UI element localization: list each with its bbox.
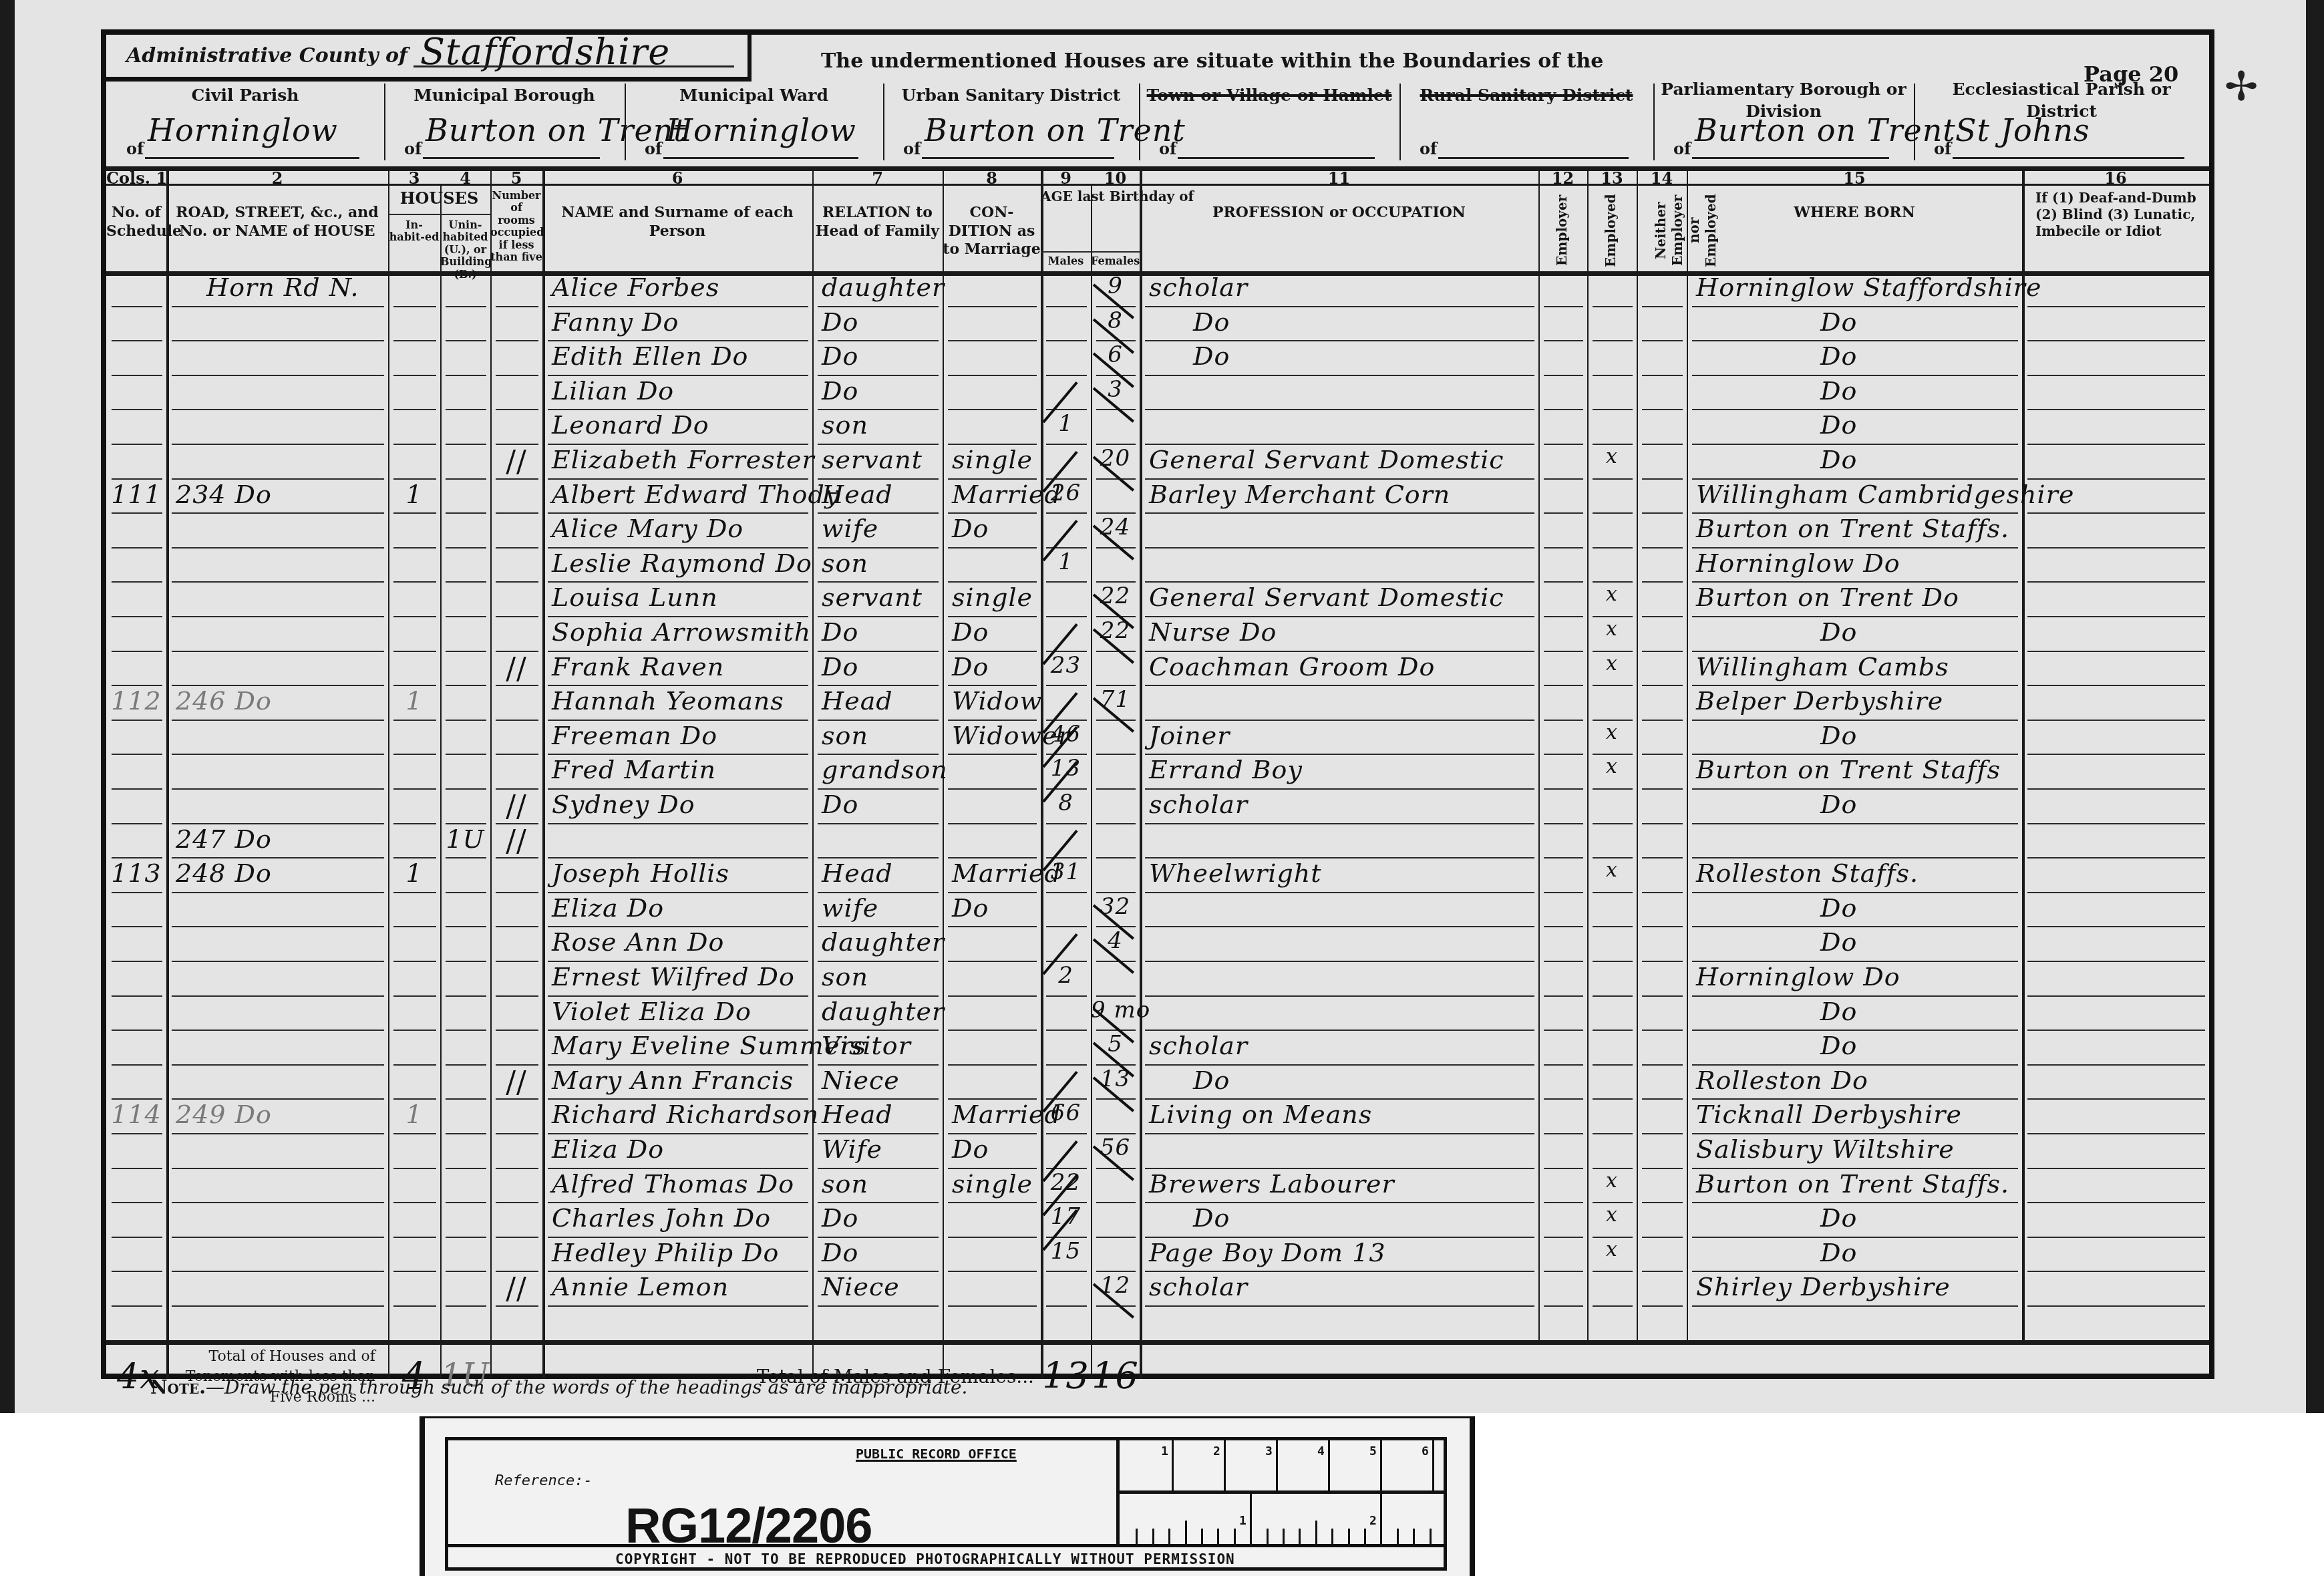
cell-female-age: 71 (1091, 686, 1140, 713)
cell-address: 247 Do (176, 824, 272, 854)
cell-employed: x (1587, 755, 1637, 778)
cell-name: Louisa Lunn (552, 583, 718, 612)
cell-name: Frank Raven (552, 652, 724, 681)
cell-born: Ticknall Derbyshire (1696, 1100, 1962, 1129)
cell-rooms: // (490, 1272, 542, 1306)
cell-schedule: 112 (106, 686, 166, 716)
cell-female-age: 9 (1091, 273, 1140, 299)
cell-condition: Do (952, 1134, 989, 1164)
column-heading-10: Females (1091, 255, 1140, 267)
cell-name: Alice Mary Do (552, 514, 743, 543)
cell-name: Edith Ellen Do (552, 341, 748, 371)
column-heading-11: PROFESSION or OCCUPATION (1140, 204, 1538, 222)
cell-relation: Do (822, 652, 858, 681)
total-females: 16 (1091, 1355, 1140, 1397)
cell-relation: Niece (822, 1066, 900, 1095)
cell-name: Rose Ann Do (552, 927, 724, 957)
column-number-9: 9 (1041, 168, 1091, 188)
cell-female-age: 56 (1091, 1134, 1140, 1161)
cell-address: 248 Do (176, 858, 272, 888)
cell-relation: Head (822, 686, 893, 716)
table-row: Eliza DoWifeDo56Salisbury Wiltshire (106, 1133, 2209, 1168)
cell-relation: Wife (822, 1134, 882, 1164)
copyright-notice: COPYRIGHT - NOT TO BE REPRODUCED PHOTOGR… (615, 1551, 1235, 1567)
table-row: Sophia ArrowsmithDoDo22Nurse DoxDo (106, 616, 2209, 651)
cell-name: Eliza Do (552, 1134, 664, 1164)
cell-born: Do (1820, 617, 1857, 647)
cell-born: Rolleston Do (1696, 1066, 1868, 1095)
cell-occupation: Page Boy Dom 13 (1149, 1238, 1386, 1267)
column-heading-2: ROAD, STREET, &c., and No. or NAME of HO… (166, 204, 388, 241)
table-row: Leslie Raymond Doson1Horninglow Do (106, 547, 2209, 582)
cell-occupation: Wheelwright (1149, 858, 1322, 888)
cell-relation: Do (822, 617, 858, 647)
cell-rooms: // (490, 824, 542, 858)
cell-female-age: 6 (1091, 341, 1140, 368)
field-value-0: Horninglow (148, 112, 338, 148)
ruler-cm-2: 2 (1213, 1444, 1220, 1458)
cell-born: Do (1820, 1031, 1857, 1060)
cell-inhabited: 1 (388, 686, 440, 716)
cell-occupation: Living on Means (1149, 1100, 1372, 1129)
cell-female-age: 24 (1091, 514, 1140, 540)
ruler-in-1: 1 (1239, 1514, 1247, 1528)
cell-condition: Do (952, 652, 989, 681)
cell-condition: Do (952, 514, 989, 543)
cell-female-age: 32 (1091, 893, 1140, 920)
reference-label: Reference:- (495, 1472, 593, 1489)
cell-born: Horninglow Do (1696, 962, 1900, 991)
cell-born: Do (1820, 1203, 1857, 1233)
cell-occupation: Barley Merchant Corn (1149, 480, 1450, 509)
cell-name: Hannah Yeomans (552, 686, 784, 716)
cell-born: Willingham Cambridgeshire (1696, 480, 2074, 509)
cell-occupation: scholar (1149, 273, 1248, 302)
note-text: —Draw the pen through such of the words … (206, 1376, 968, 1398)
table-row: Eliza DowifeDo32Do (106, 892, 2209, 927)
cell-rooms: // (490, 1066, 542, 1100)
ruler-cm-5: 5 (1369, 1444, 1377, 1458)
cell-address: 249 Do (176, 1100, 272, 1129)
cell-born: Do (1820, 790, 1857, 819)
cell-name: Annie Lemon (552, 1272, 729, 1301)
table-row: Leonard Doson1Do (106, 409, 2209, 444)
table-row: Lilian DoDo3Do (106, 375, 2209, 410)
scan-edge-right (2306, 0, 2324, 1413)
census-form: Administrative County of Staffordshire T… (101, 29, 2214, 1379)
cell-born: Rolleston Staffs. (1696, 858, 1919, 888)
cell-born: Do (1820, 893, 1857, 923)
reference-title: PUBLIC RECORD OFFICE (856, 1446, 1017, 1462)
cell-occupation: General Servant Domestic (1149, 583, 1504, 612)
cell-name: Leonard Do (552, 410, 709, 440)
field-label-0: Civil Parish (106, 86, 384, 105)
cell-address: 246 Do (176, 686, 272, 716)
field-label-1: Municipal Borough (384, 86, 625, 105)
table-row: //Elizabeth Forresterservantsingle20Gene… (106, 444, 2209, 478)
cell-name: Sophia Arrowsmith (552, 617, 811, 647)
scale-ruler: 12345612 (1116, 1440, 1444, 1544)
cell-occupation: scholar (1149, 1031, 1248, 1060)
column-number-2: 2 (166, 168, 388, 188)
cell-born: Horninglow Do (1696, 548, 1900, 578)
cell-born: Do (1820, 376, 1857, 406)
column-number-10: 10 (1091, 168, 1140, 188)
cell-occupation: scholar (1149, 1272, 1248, 1301)
cell-employed: x (1587, 721, 1637, 744)
column-heading-8: CON-DITION as to Marriage (943, 204, 1041, 259)
of-label-7: of (1934, 139, 1951, 158)
cell-name: Lilian Do (552, 376, 674, 406)
cell-schedule: 113 (106, 858, 166, 888)
table-row: Fred Martingrandson13Errand BoyxBurton o… (106, 754, 2209, 788)
column-number-15: 15 (1687, 168, 2022, 188)
cell-employed: x (1587, 445, 1637, 468)
cell-relation: Visitor (822, 1031, 911, 1060)
cell-address: Horn Rd N. (206, 273, 359, 302)
column-heading-16: If (1) Deaf-and-Dumb (2) Blind (3) Lunat… (2022, 190, 2222, 240)
admin-county-box: Administrative County of Staffordshire (106, 35, 752, 82)
cell-name: Sydney Do (552, 790, 695, 819)
table-row: Louisa Lunnservantsingle22General Servan… (106, 581, 2209, 616)
column-number-11: 11 (1140, 168, 1538, 188)
table-row: 111234 Do1Albert Edward ThodyHeadMarried… (106, 478, 2209, 513)
cell-occupation: Brewers Labourer (1149, 1169, 1395, 1199)
cell-inhabited: 1 (388, 480, 440, 509)
cell-condition: single (952, 1169, 1033, 1199)
table-row: Hedley Philip DoDo15Page Boy Dom 13xDo (106, 1237, 2209, 1271)
column-number-12: 12 (1538, 168, 1587, 188)
cell-name: Joseph Hollis (552, 858, 729, 888)
cell-born: Belper Derbyshire (1696, 686, 1943, 716)
cell-employed: x (1587, 1169, 1637, 1193)
cell-occupation: Do (1193, 1203, 1230, 1233)
table-row: 112246 Do1Hannah YeomansHeadWidow71Belpe… (106, 685, 2209, 720)
cell-occupation: General Servant Domestic (1149, 445, 1504, 474)
cell-relation: grandson (822, 755, 948, 784)
cell-born: Shirley Derbyshire (1696, 1272, 1951, 1301)
cell-condition: single (952, 445, 1033, 474)
cell-relation: wife (822, 514, 878, 543)
field-label-5: Rural Sanitary District (1399, 86, 1653, 105)
cell-female-age: 20 (1091, 445, 1140, 472)
cell-name: Elizabeth Forrester (552, 445, 815, 474)
of-label-4: of (1159, 139, 1176, 158)
table-row: Charles John DoDo17DoxDo (106, 1202, 2209, 1237)
table-row: Alfred Thomas Dosonsingle22Brewers Labou… (106, 1168, 2209, 1203)
cell-occupation: Do (1193, 341, 1230, 371)
instruction-note: Note.—Draw the pen through such of the w… (150, 1376, 967, 1398)
cell-employed: x (1587, 858, 1637, 882)
of-label-6: of (1673, 139, 1691, 158)
of-label-1: of (404, 139, 422, 158)
cell-relation: son (822, 1169, 868, 1199)
cell-born: Do (1820, 445, 1857, 474)
cell-female-age: 22 (1091, 617, 1140, 644)
cell-relation: Do (822, 1203, 858, 1233)
cell-relation: servant (822, 583, 923, 612)
cell-female-age: 8 (1091, 307, 1140, 334)
cell-relation: Do (822, 307, 858, 337)
cell-name: Mary Ann Francis (552, 1066, 794, 1095)
cell-female-age: 5 (1091, 1031, 1140, 1058)
column-heading-12: Employer (1554, 194, 1570, 267)
reference-box: PUBLIC RECORD OFFICE Reference:- RG12/22… (420, 1416, 1475, 1576)
column-heading-15: WHERE BORN (1687, 204, 2022, 222)
cell-relation: wife (822, 893, 878, 923)
cell-rooms: // (490, 652, 542, 686)
column-heading-5: Number of rooms occupied if less than fi… (490, 190, 542, 263)
table-row: Ernest Wilfred Doson2Horninglow Do (106, 961, 2209, 995)
cell-born: Do (1820, 341, 1857, 371)
cell-name: Eliza Do (552, 893, 664, 923)
cell-employed: x (1587, 1203, 1637, 1227)
cell-born: Burton on Trent Staffs (1696, 755, 2001, 784)
cell-born: Do (1820, 1238, 1857, 1267)
houses-group-heading: HOUSES (388, 188, 490, 208)
cell-name: Alfred Thomas Do (552, 1169, 794, 1199)
cell-born: Horninglow Staffordshire (1696, 273, 2041, 302)
cell-born: Willingham Cambs (1696, 652, 1949, 681)
table-row: //Annie LemonNiece12scholarShirley Derby… (106, 1271, 2209, 1305)
cell-born: Do (1820, 307, 1857, 337)
cell-relation: daughter (822, 273, 945, 302)
cell-occupation: scholar (1149, 790, 1248, 819)
table-row: //Mary Ann FrancisNiece13DoRolleston Do (106, 1064, 2209, 1099)
cell-occupation: Coachman Groom Do (1149, 652, 1435, 681)
cell-name: Fred Martin (552, 755, 716, 784)
column-heading-3: In-habit-ed (388, 219, 440, 244)
table-row: Rose Ann Dodaughter4Do (106, 926, 2209, 961)
cell-name: Freeman Do (552, 721, 717, 750)
cell-relation: Do (822, 341, 858, 371)
cell-relation: servant (822, 445, 923, 474)
cell-inhabited: 1 (388, 1100, 440, 1129)
column-number-6: 6 (542, 168, 812, 188)
cell-occupation: Do (1193, 307, 1230, 337)
column-number-5: 5 (490, 168, 542, 188)
table-row: //Frank RavenDoDo23Coachman Groom DoxWil… (106, 651, 2209, 685)
ruler-cm-3: 3 (1265, 1444, 1273, 1458)
cell-born: Burton on Trent Staffs. (1696, 1169, 2009, 1199)
cell-relation: Do (822, 790, 858, 819)
column-heading-13: Employed (1603, 194, 1619, 267)
of-label-2: of (645, 139, 662, 158)
cell-born: Do (1820, 997, 1857, 1026)
table-row: 114249 Do1Richard RichardsonHeadMarried6… (106, 1098, 2209, 1133)
column-heading-7: RELATION to Head of Family (812, 204, 943, 241)
cell-born: Do (1820, 410, 1857, 440)
column-number-1: Cols. 1 (106, 168, 166, 188)
total-males: 13 (1041, 1355, 1091, 1397)
field-value-7: St Johns (1955, 112, 2090, 148)
cell-address: 234 Do (176, 480, 272, 509)
field-value-2: Horninglow (666, 112, 856, 148)
column-number-14: 14 (1637, 168, 1687, 188)
table-row: Violet Eliza Dodaughter9 moDo (106, 995, 2209, 1030)
cell-employed: x (1587, 652, 1637, 675)
column-number-8: 8 (943, 168, 1041, 188)
cell-uninhabited: 1U (440, 824, 490, 854)
cell-relation: daughter (822, 927, 945, 957)
ruler-in-2: 2 (1369, 1514, 1377, 1528)
table-row: 113248 Do1Joseph HollisHeadMarried31Whee… (106, 857, 2209, 892)
column-number-16: 16 (2022, 168, 2209, 188)
cell-occupation: Do (1193, 1066, 1230, 1095)
column-heading-6: NAME and Surname of each Person (542, 204, 812, 241)
cell-born: Burton on Trent Staffs. (1696, 514, 2009, 543)
cell-name: Violet Eliza Do (552, 997, 752, 1026)
table-row: 247 Do1U// (106, 823, 2209, 858)
cell-employed: x (1587, 617, 1637, 641)
cell-female-age: 3 (1091, 376, 1140, 403)
cell-relation: son (822, 548, 868, 578)
cell-employed: x (1587, 583, 1637, 606)
cell-occupation: Joiner (1149, 721, 1230, 750)
age-group-heading: AGE last Birthday of (1041, 188, 1140, 205)
cell-condition: Do (952, 617, 989, 647)
table-row: Fanny DoDo8DoDo (106, 306, 2209, 341)
pin-hole-mark: ✢ (2224, 63, 2258, 110)
cell-female-age: 13 (1091, 1066, 1140, 1092)
column-heading-1: No. of Schedule (106, 204, 166, 241)
cell-relation: Niece (822, 1272, 900, 1301)
field-label-4: Town or Village or Hamlet (1139, 86, 1399, 105)
column-number-4: 4 (440, 168, 490, 188)
cell-employed: x (1587, 1238, 1637, 1261)
cell-born: Salisbury Wiltshire (1696, 1134, 1955, 1164)
field-value-3: Burton on Trent (925, 112, 1186, 148)
cell-name: Hedley Philip Do (552, 1238, 779, 1267)
ruler-cm-1: 1 (1161, 1444, 1168, 1458)
cell-female-age: 9 mo (1091, 997, 1140, 1023)
of-label-5: of (1420, 139, 1437, 158)
scan-edge-left (0, 0, 15, 1413)
cell-born: Do (1820, 721, 1857, 750)
table-row: Mary Eveline SummersVisitor5scholarDo (106, 1030, 2209, 1064)
column-number-7: 7 (812, 168, 943, 188)
cell-relation: Head (822, 480, 893, 509)
cell-relation: Do (822, 1238, 858, 1267)
cell-rooms: // (490, 790, 542, 824)
cell-name: Albert Edward Thody (552, 480, 840, 509)
column-number-3: 3 (388, 168, 440, 188)
ruler-cm-4: 4 (1317, 1444, 1325, 1458)
reference-inner: PUBLIC RECORD OFFICE Reference:- RG12/22… (445, 1437, 1447, 1571)
cell-name: Alice Forbes (552, 273, 719, 302)
table-row: Freeman DosonWidower46JoinerxDo (106, 720, 2209, 754)
of-label-0: of (126, 139, 144, 158)
cell-relation: Head (822, 858, 893, 888)
boundaries-text: The undermentioned Houses are situate wi… (821, 49, 1603, 73)
cell-relation: son (822, 410, 868, 440)
cell-condition: Do (952, 893, 989, 923)
column-number-13: 13 (1587, 168, 1637, 188)
cell-name: Leslie Raymond Do (552, 548, 812, 578)
cell-relation: daughter (822, 997, 945, 1026)
cell-born: Burton on Trent Do (1696, 583, 1959, 612)
cell-born: Do (1820, 927, 1857, 957)
table-row: Edith Ellen DoDo6DoDo (106, 340, 2209, 375)
table-row: Alice Mary DowifeDo24Burton on Trent Sta… (106, 512, 2209, 547)
cell-relation: Head (822, 1100, 893, 1129)
field-label-3: Urban Sanitary District (883, 86, 1139, 105)
cell-inhabited: 1 (388, 858, 440, 888)
cell-name: Richard Richardson (552, 1100, 819, 1129)
cell-schedule: 111 (106, 480, 166, 509)
cell-condition: Widow (952, 686, 1042, 716)
table-row: //Sydney DoDo8scholarDo (106, 788, 2209, 823)
cell-name: Fanny Do (552, 307, 679, 337)
column-heading-9: Males (1041, 255, 1091, 267)
table-row: Horn Rd N.Alice Forbesdaughter9scholarHo… (106, 271, 2209, 306)
cell-occupation: Nurse Do (1149, 617, 1277, 647)
field-label-2: Municipal Ward (625, 86, 883, 105)
note-prefix: Note. (150, 1376, 206, 1398)
cell-relation: son (822, 962, 868, 991)
cell-relation: son (822, 721, 868, 750)
cell-name: Mary Eveline Summers (552, 1031, 866, 1060)
cell-rooms: // (490, 445, 542, 479)
cell-name: Charles John Do (552, 1203, 771, 1233)
cell-condition: single (952, 583, 1033, 612)
cell-relation: Do (822, 376, 858, 406)
ruler-cm-6: 6 (1422, 1444, 1429, 1458)
cell-name: Ernest Wilfred Do (552, 962, 795, 991)
cell-schedule: 114 (106, 1100, 166, 1129)
cell-occupation: Errand Boy (1149, 755, 1303, 784)
admin-county-label: Administrative County of (126, 44, 407, 67)
of-label-3: of (903, 139, 921, 158)
